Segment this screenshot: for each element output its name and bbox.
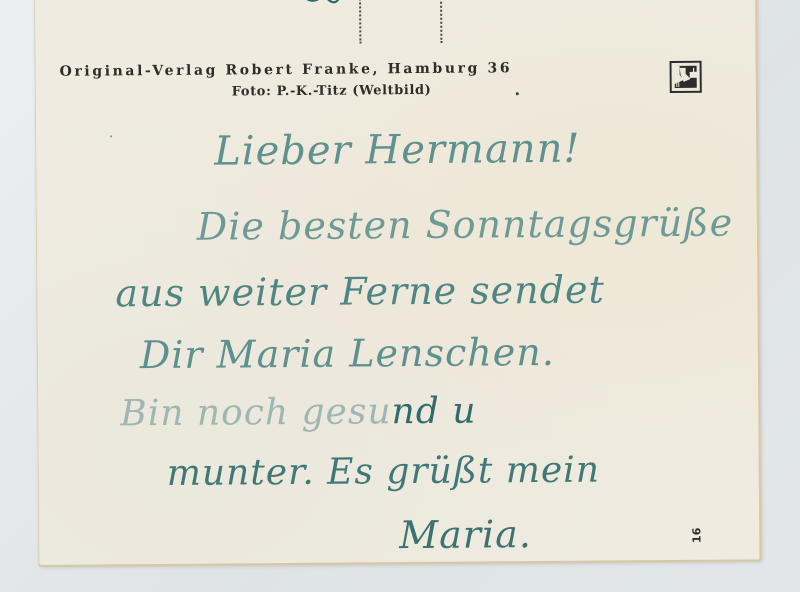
photo-credit: Foto: P.-K.-Titz (Weltbild) [232, 83, 432, 100]
message-line-dark-part: nd u [391, 391, 476, 433]
message-line-faint-part: Bin noch gesu [120, 391, 392, 434]
ink-dot [516, 92, 519, 95]
message-signature: Maria. [399, 512, 532, 557]
message-line: aus weiter Ferne sendet [115, 268, 605, 316]
handwriting-fragment [295, 0, 345, 12]
ink-dot [110, 135, 112, 137]
card-number: 16 [690, 528, 703, 543]
publisher-imprint: Original-Verlag Robert Franke, Hamburg 3… [60, 59, 650, 80]
message-line: Die besten Sonntagsgrüße [197, 201, 734, 249]
address-divider-left [359, 0, 361, 43]
message-greeting: Lieber Hermann! [214, 126, 581, 175]
publisher-logo-icon [670, 61, 702, 93]
message-line: Bin noch gesund u [120, 391, 476, 435]
address-divider-right [440, 0, 442, 43]
message-line: Dir Maria Lenschen. [140, 330, 555, 377]
message-line: munter. Es grüßt mein [167, 450, 600, 494]
postcard: Original-Verlag Robert Franke, Hamburg 3… [34, 0, 761, 567]
